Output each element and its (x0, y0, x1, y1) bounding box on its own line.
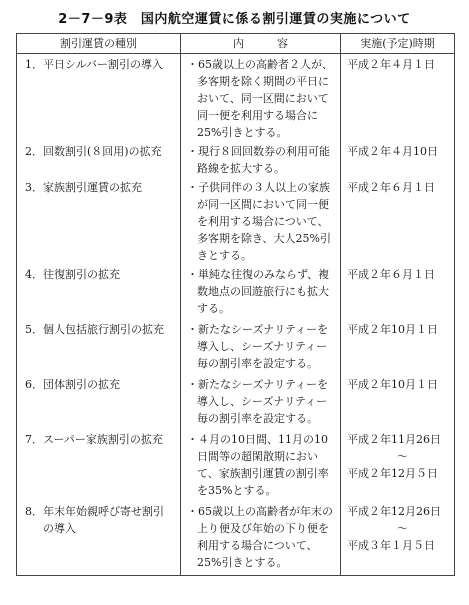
table-row: 7．スーパー家族割引の拡充 ・４月の10日間、11月の10日間等の超閑散期におい… (17, 429, 455, 501)
fare-date: 平成２年４月１日 (341, 54, 455, 142)
fare-kind: 3．家族割引運賃の拡充 (17, 177, 181, 264)
date-end: 平成３年１月５日 (347, 537, 454, 554)
fare-kind: 4．往復割引の拡充 (17, 264, 181, 319)
date-range-separator: 〜 (347, 448, 454, 465)
content-text: ・子供同伴の３人以上の家族が同一区間において同一便を利用する場合について、多客期… (187, 179, 338, 264)
fare-content: ・新たなシーズナリティーを導入し、シーズナリティー毎の割引率を設定する。 (181, 319, 341, 374)
table-header-row: 割引運賃の種別 内 容 実施(予定)時期 (17, 34, 455, 54)
header-date: 実施(予定)時期 (341, 34, 455, 54)
table-row: 6．団体割引の拡充 ・新たなシーズナリティーを導入し、シーズナリティー毎の割引率… (17, 374, 455, 429)
fare-date: 平成２年10月１日 (341, 319, 455, 374)
header-kind: 割引運賃の種別 (17, 34, 181, 54)
fare-content: ・子供同伴の３人以上の家族が同一区間において同一便を利用する場合について、多客期… (181, 177, 341, 264)
fare-kind: 2．回数割引(８回用)の拡充 (17, 141, 181, 177)
fare-kind: 7．スーパー家族割引の拡充 (17, 429, 181, 501)
fare-date: 平成２年12月26日 〜 平成３年１月５日 (341, 501, 455, 576)
table-row: 3．家族割引運賃の拡充 ・子供同伴の３人以上の家族が同一区間において同一便を利用… (17, 177, 455, 264)
fare-date: 平成２年11月26日 〜 平成２年12月５日 (341, 429, 455, 501)
table-row: 2．回数割引(８回用)の拡充 ・現行８回回数券の利用可能路線を拡大する。 平成２… (17, 141, 455, 177)
fare-content: ・新たなシーズナリティーを導入し、シーズナリティー毎の割引率を設定する。 (181, 374, 341, 429)
fare-kind: 1．平日シルバー割引の導入 (17, 54, 181, 142)
header-content: 内 容 (181, 34, 341, 54)
fare-date: 平成２年６月１日 (341, 264, 455, 319)
content-text: ・単純な往復のみならず、複数地点の回遊旅行にも拡大する。 (187, 266, 338, 317)
fare-kind: 8．年末年始親呼び寄せ割引 の導入 (17, 501, 181, 576)
content-text: ・新たなシーズナリティーを導入し、シーズナリティー毎の割引率を設定する。 (187, 376, 338, 427)
fare-content: ・65歳以上の高齢者が年末の上り便及び年始の下り便を利用する場合について、25%… (181, 501, 341, 576)
date-start: 平成２年12月26日 (347, 503, 454, 520)
fare-kind-line: の導入 (25, 520, 180, 537)
fare-kind: 6．団体割引の拡充 (17, 374, 181, 429)
content-text: ・65歳以上の高齢者２人が、多客期を除く期間の平日において、同一区間において同一… (187, 56, 338, 141)
table-title: 2－7－9表 国内航空運賃に係る割引運賃の実施について (0, 8, 469, 27)
date-range-separator: 〜 (347, 520, 454, 537)
table-row: 4．往復割引の拡充 ・単純な往復のみならず、複数地点の回遊旅行にも拡大する。 平… (17, 264, 455, 319)
content-text: ・65歳以上の高齢者が年末の上り便及び年始の下り便を利用する場合について、25%… (187, 503, 338, 571)
fare-kind: 5．個人包括旅行割引の拡充 (17, 319, 181, 374)
date-start: 平成２年11月26日 (347, 431, 454, 448)
content-text: ・４月の10日間、11月の10日間等の超閑散期において、家族割引運賃の割引率を3… (187, 431, 338, 499)
table-row: 5．個人包括旅行割引の拡充 ・新たなシーズナリティーを導入し、シーズナリティー毎… (17, 319, 455, 374)
fare-content: ・単純な往復のみならず、複数地点の回遊旅行にも拡大する。 (181, 264, 341, 319)
table-row: 1．平日シルバー割引の導入 ・65歳以上の高齢者２人が、多客期を除く期間の平日に… (17, 54, 455, 142)
discount-fare-table: 割引運賃の種別 内 容 実施(予定)時期 1．平日シルバー割引の導入 ・65歳以… (16, 33, 455, 576)
fare-content: ・４月の10日間、11月の10日間等の超閑散期において、家族割引運賃の割引率を3… (181, 429, 341, 501)
fare-kind-line: 8．年末年始親呼び寄せ割引 (25, 503, 180, 520)
fare-date: 平成２年４月10日 (341, 141, 455, 177)
fare-date: 平成２年６月１日 (341, 177, 455, 264)
fare-content: ・65歳以上の高齢者２人が、多客期を除く期間の平日において、同一区間において同一… (181, 54, 341, 142)
content-text: ・現行８回回数券の利用可能路線を拡大する。 (187, 143, 338, 177)
fare-content: ・現行８回回数券の利用可能路線を拡大する。 (181, 141, 341, 177)
fare-date: 平成２年10月１日 (341, 374, 455, 429)
date-end: 平成２年12月５日 (347, 465, 454, 482)
table-row: 8．年末年始親呼び寄せ割引 の導入 ・65歳以上の高齢者が年末の上り便及び年始の… (17, 501, 455, 576)
content-text: ・新たなシーズナリティーを導入し、シーズナリティー毎の割引率を設定する。 (187, 321, 338, 372)
